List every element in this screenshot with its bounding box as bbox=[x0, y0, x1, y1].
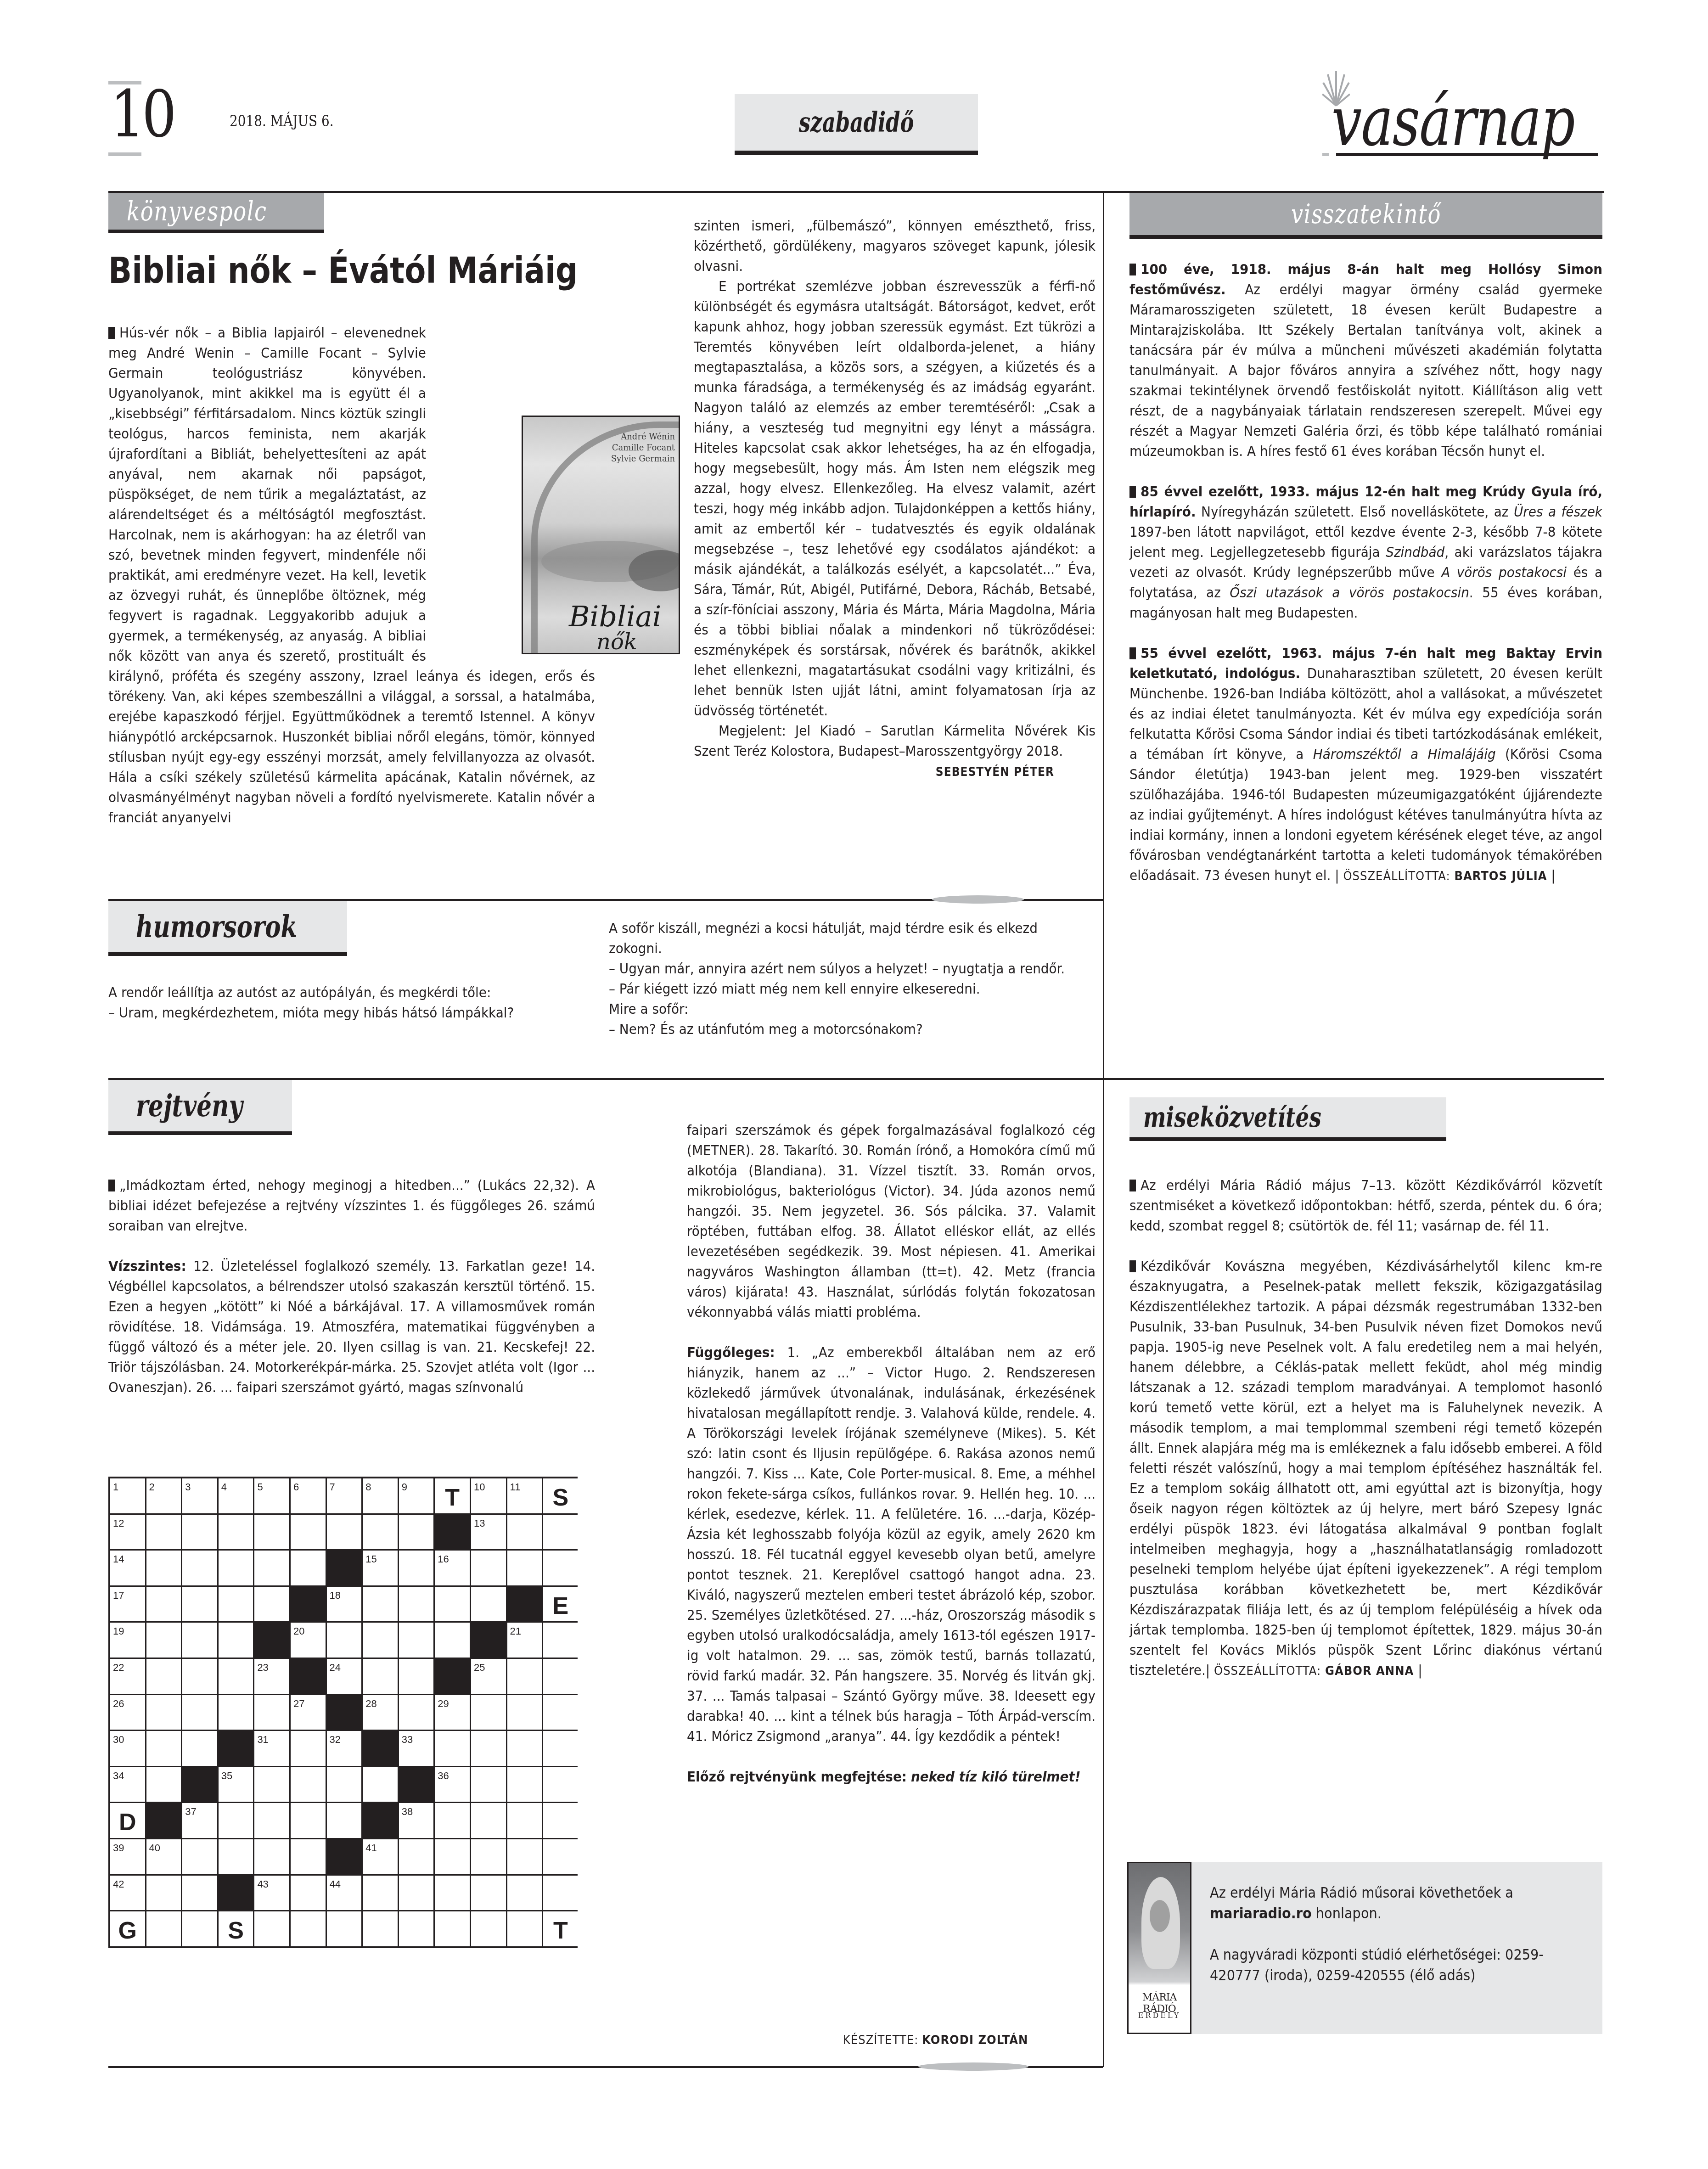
crossword-cell[interactable]: 17 bbox=[110, 1587, 145, 1622]
crossword-cell[interactable]: 29 bbox=[435, 1695, 470, 1730]
crossword-cell[interactable] bbox=[543, 1623, 578, 1658]
given-letter: T bbox=[435, 1484, 470, 1512]
clue-number: 6 bbox=[293, 1481, 299, 1493]
crossword-black-cell bbox=[507, 1587, 542, 1622]
crossword-cell[interactable] bbox=[327, 1515, 362, 1550]
section-label-konyvespolc: könyvespolc bbox=[108, 193, 324, 233]
crossword-cell[interactable] bbox=[182, 1876, 217, 1911]
clue-number: 37 bbox=[185, 1806, 196, 1818]
crossword-cell[interactable]: 26 bbox=[110, 1695, 145, 1730]
crossword-cell[interactable]: 22 bbox=[110, 1659, 145, 1694]
crossword-cell[interactable] bbox=[435, 1623, 470, 1658]
clue-number: 27 bbox=[293, 1698, 304, 1710]
crossword-black-cell bbox=[363, 1803, 398, 1838]
section-label-misekozvetites: miseközvetítés bbox=[1129, 1097, 1446, 1141]
crossword-cell[interactable]: 19 bbox=[110, 1623, 145, 1658]
crossword-cell[interactable]: 5 bbox=[254, 1478, 289, 1513]
clue-number: 12 bbox=[113, 1517, 124, 1529]
clue-number: 9 bbox=[402, 1481, 407, 1493]
crossword-cell[interactable] bbox=[471, 1876, 506, 1911]
humor-right: A sofőr kiszáll, megnézi a kocsi hátuljá… bbox=[609, 918, 1068, 1040]
crossword-cell[interactable]: 25 bbox=[471, 1659, 506, 1694]
crossword-cell[interactable] bbox=[182, 1587, 217, 1622]
crossword-cell[interactable] bbox=[399, 1623, 434, 1658]
history-body: 100 éve, 1918. május 8-án halt meg Holló… bbox=[1129, 259, 1602, 887]
crossword-cell[interactable] bbox=[291, 1803, 326, 1838]
radio-info: Az erdélyi Mária Rádió műsorai követhető… bbox=[1210, 1882, 1591, 1986]
crossword-cell[interactable] bbox=[399, 1587, 434, 1622]
crossword-cell[interactable] bbox=[219, 1587, 253, 1622]
puzzle-credit: KÉSZÍTETTE: KORODI ZOLTÁN bbox=[843, 2033, 1028, 2047]
crossword-black-cell bbox=[471, 1623, 506, 1658]
section-label-humorsorok: humorsorok bbox=[108, 901, 347, 956]
crossword-cell[interactable] bbox=[146, 1911, 181, 1946]
crossword-cell[interactable]: 15 bbox=[363, 1551, 398, 1585]
crossword-cell[interactable] bbox=[291, 1515, 326, 1550]
crossword-cell[interactable] bbox=[182, 1551, 217, 1585]
given-letter: S bbox=[219, 1917, 253, 1944]
crossword-cell[interactable] bbox=[182, 1839, 217, 1874]
paragraph-marker bbox=[1129, 1180, 1136, 1191]
crossword-cell[interactable] bbox=[543, 1695, 578, 1730]
clue-number: 20 bbox=[293, 1625, 304, 1637]
crossword-cell[interactable] bbox=[219, 1551, 253, 1585]
paragraph-marker bbox=[1129, 264, 1136, 275]
crossword-cell[interactable]: 34 bbox=[110, 1767, 145, 1802]
crossword-cell[interactable] bbox=[399, 1515, 434, 1550]
crossword-cell[interactable] bbox=[471, 1731, 506, 1766]
crossword-cell[interactable] bbox=[507, 1515, 542, 1550]
clue-number: 23 bbox=[257, 1662, 268, 1674]
humor-left: A rendőr leállítja az autóst az autópály… bbox=[108, 983, 567, 1023]
crossword-black-cell bbox=[146, 1803, 181, 1838]
section-tab: szabadidő bbox=[735, 94, 978, 155]
clue-number: 7 bbox=[330, 1481, 335, 1493]
maria-radio-logo: MÁRIA RÁDIÓ ERDÉLY bbox=[1127, 1862, 1191, 2034]
crossword-cell[interactable]: 14 bbox=[110, 1551, 145, 1585]
crossword-cell[interactable] bbox=[182, 1623, 217, 1658]
crossword-cell[interactable] bbox=[399, 1659, 434, 1694]
page-number-bar-bottom bbox=[108, 152, 141, 156]
crossword-cell[interactable] bbox=[327, 1623, 362, 1658]
clue-number: 2 bbox=[149, 1481, 155, 1493]
crossword-cell[interactable]: 10 bbox=[471, 1478, 506, 1513]
clue-number: 3 bbox=[185, 1481, 191, 1493]
crossword-cell[interactable] bbox=[543, 1659, 578, 1694]
crossword-cell[interactable]: G bbox=[110, 1911, 145, 1946]
masthead-title: vasárnap bbox=[1332, 87, 1574, 156]
crossword-cell[interactable] bbox=[254, 1587, 289, 1622]
crossword-cell[interactable] bbox=[219, 1839, 253, 1874]
crossword-cell[interactable]: 43 bbox=[254, 1876, 289, 1911]
crossword-cell[interactable] bbox=[543, 1515, 578, 1550]
clue-number: 28 bbox=[365, 1698, 376, 1710]
crossword-cell[interactable]: 36 bbox=[435, 1767, 470, 1802]
clue-number: 38 bbox=[402, 1806, 413, 1818]
crossword-cell[interactable]: 31 bbox=[254, 1731, 289, 1766]
crossword-cell[interactable] bbox=[435, 1731, 470, 1766]
crossword-cell[interactable] bbox=[471, 1767, 506, 1802]
masthead-rule bbox=[1336, 153, 1598, 156]
clue-number: 33 bbox=[402, 1734, 413, 1746]
crossword-cell[interactable]: 28 bbox=[363, 1695, 398, 1730]
clue-number: 16 bbox=[438, 1553, 449, 1565]
masthead-rule-grey bbox=[1322, 153, 1329, 156]
crossword-cell[interactable] bbox=[146, 1876, 181, 1911]
clue-number: 15 bbox=[365, 1553, 376, 1565]
crossword-cell[interactable] bbox=[399, 1551, 434, 1585]
clue-number: 42 bbox=[113, 1878, 124, 1890]
clue-number: 14 bbox=[113, 1553, 124, 1565]
crossword-cell[interactable] bbox=[146, 1695, 181, 1730]
crossword-black-cell bbox=[254, 1623, 289, 1658]
crossword-cell[interactable]: 18 bbox=[327, 1587, 362, 1622]
crossword-cell[interactable] bbox=[363, 1587, 398, 1622]
clue-number: 25 bbox=[474, 1662, 485, 1674]
clue-number: 40 bbox=[149, 1842, 160, 1854]
crossword-cell[interactable] bbox=[254, 1911, 289, 1946]
crossword-cell[interactable]: E bbox=[543, 1587, 578, 1622]
maria-radio-box: MÁRIA RÁDIÓ ERDÉLY Az erdélyi Mária Rádi… bbox=[1127, 1862, 1602, 2034]
crossword-black-cell bbox=[435, 1515, 470, 1550]
crossword-cell[interactable] bbox=[399, 1839, 434, 1874]
crossword-cell[interactable] bbox=[146, 1587, 181, 1622]
crossword-cell[interactable] bbox=[327, 1911, 362, 1946]
crossword-cell[interactable]: 1 bbox=[110, 1478, 145, 1513]
clue-number: 18 bbox=[330, 1590, 341, 1601]
crossword-cell[interactable]: 41 bbox=[363, 1839, 398, 1874]
issue-date: 2018. MÁJUS 6. bbox=[230, 112, 334, 130]
crossword-cell[interactable] bbox=[146, 1623, 181, 1658]
byline: SEBESTYÉN PÉTER bbox=[936, 765, 1054, 779]
crossword-cell[interactable]: 44 bbox=[327, 1876, 362, 1911]
crossword-cell[interactable]: S bbox=[543, 1478, 578, 1513]
crossword-cell[interactable] bbox=[327, 1803, 362, 1838]
crossword-black-cell bbox=[327, 1839, 362, 1874]
crossword-cell[interactable]: 38 bbox=[399, 1803, 434, 1838]
crossword-cell[interactable]: 27 bbox=[291, 1695, 326, 1730]
article-headline: Bibliai nők – Évától Máriáig bbox=[108, 250, 578, 292]
crossword-cell[interactable]: T bbox=[435, 1478, 470, 1513]
crossword-cell[interactable] bbox=[435, 1587, 470, 1622]
given-letter: E bbox=[543, 1592, 578, 1620]
mass-body: Az erdélyi Mária Rádió május 7–13. közöt… bbox=[1129, 1175, 1602, 1681]
crossword-cell[interactable] bbox=[291, 1876, 326, 1911]
crossword-cell[interactable] bbox=[507, 1551, 542, 1585]
byline-oval bbox=[932, 895, 1024, 904]
clue-number: 41 bbox=[365, 1842, 376, 1854]
clue-number: 31 bbox=[257, 1734, 268, 1746]
credit-oval bbox=[918, 2062, 1028, 2071]
crossword-black-cell bbox=[182, 1767, 217, 1802]
crossword-cell[interactable]: 21 bbox=[507, 1623, 542, 1658]
crossword-cell[interactable]: 16 bbox=[435, 1551, 470, 1585]
crossword-cell[interactable]: 39 bbox=[110, 1839, 145, 1874]
crossword-cell[interactable] bbox=[219, 1695, 253, 1730]
crossword-black-cell bbox=[327, 1695, 362, 1730]
crossword-cell[interactable] bbox=[399, 1876, 434, 1911]
crossword-cell[interactable] bbox=[507, 1731, 542, 1766]
crossword-cell[interactable]: 32 bbox=[327, 1731, 362, 1766]
clue-number: 19 bbox=[113, 1625, 124, 1637]
clue-number: 32 bbox=[330, 1734, 341, 1746]
crossword-black-cell bbox=[219, 1731, 253, 1766]
puzzle-rule bbox=[108, 1078, 1604, 1080]
crossword-cell[interactable]: 20 bbox=[291, 1623, 326, 1658]
crossword-cell[interactable]: 6 bbox=[291, 1478, 326, 1513]
paragraph-marker bbox=[108, 327, 115, 339]
crossword-cell[interactable] bbox=[146, 1767, 181, 1802]
crossword-cell[interactable] bbox=[507, 1659, 542, 1694]
crossword-cell[interactable] bbox=[435, 1839, 470, 1874]
crossword-cell[interactable]: 9 bbox=[399, 1478, 434, 1513]
paragraph-marker bbox=[1129, 486, 1136, 498]
crossword-cell[interactable]: 3 bbox=[182, 1478, 217, 1513]
crossword-cell[interactable]: 8 bbox=[363, 1478, 398, 1513]
clue-number: 17 bbox=[113, 1590, 124, 1601]
clue-number: 21 bbox=[510, 1625, 521, 1637]
section-label-rejtveny: rejtvény bbox=[108, 1080, 292, 1135]
crossword-cell[interactable] bbox=[254, 1767, 289, 1802]
crossword-black-cell bbox=[219, 1876, 253, 1911]
crossword-cell[interactable] bbox=[543, 1876, 578, 1911]
crossword-black-cell bbox=[363, 1731, 398, 1766]
crossword-black-cell bbox=[291, 1587, 326, 1622]
cover-float-mid bbox=[609, 399, 694, 826]
crossword-cell[interactable] bbox=[471, 1911, 506, 1946]
crossword-cell[interactable] bbox=[471, 1839, 506, 1874]
clue-number: 10 bbox=[474, 1481, 485, 1493]
crossword-cell[interactable]: 13 bbox=[471, 1515, 506, 1550]
clue-number: 26 bbox=[113, 1698, 124, 1710]
crossword-cell[interactable] bbox=[543, 1839, 578, 1874]
crossword-cell[interactable] bbox=[146, 1731, 181, 1766]
crossword-cell[interactable] bbox=[254, 1551, 289, 1585]
credit-label: ÖSSZEÁLLÍTOTTA: bbox=[1343, 869, 1450, 883]
clue-number: 22 bbox=[113, 1662, 124, 1674]
crossword-cell[interactable] bbox=[507, 1767, 542, 1802]
credit-name: BARTOS JÚLIA bbox=[1454, 869, 1547, 883]
crossword-cell[interactable] bbox=[363, 1515, 398, 1550]
crossword-cell[interactable] bbox=[182, 1515, 217, 1550]
crossword-cell[interactable] bbox=[291, 1731, 326, 1766]
crossword-cell[interactable]: S bbox=[219, 1911, 253, 1946]
clue-number: 36 bbox=[438, 1770, 449, 1782]
crossword-cell[interactable] bbox=[363, 1911, 398, 1946]
crossword-cell[interactable] bbox=[291, 1839, 326, 1874]
crossword-cell[interactable] bbox=[182, 1911, 217, 1946]
crossword-cell[interactable] bbox=[291, 1551, 326, 1585]
crossword-cell[interactable] bbox=[291, 1767, 326, 1802]
crossword-cell[interactable] bbox=[182, 1695, 217, 1730]
crossword-black-cell bbox=[399, 1767, 434, 1802]
crossword-cell[interactable] bbox=[363, 1767, 398, 1802]
website-link[interactable]: mariaradio.ro bbox=[1210, 1905, 1312, 1922]
crossword-cell[interactable] bbox=[507, 1839, 542, 1874]
crossword-cell[interactable] bbox=[471, 1587, 506, 1622]
clue-number: 11 bbox=[510, 1481, 521, 1493]
crossword-cell[interactable] bbox=[219, 1803, 253, 1838]
crossword-cell[interactable] bbox=[182, 1659, 217, 1694]
paragraph-marker bbox=[1129, 1260, 1136, 1272]
puzzle-col1: „Imádkoztam érted, nehogy meginogj a hit… bbox=[108, 1175, 595, 1398]
crossword-black-cell bbox=[435, 1659, 470, 1694]
crossword-cell[interactable] bbox=[543, 1767, 578, 1802]
section-label-visszatekinto: visszatekintő bbox=[1129, 193, 1602, 239]
crossword-cell[interactable]: D bbox=[110, 1803, 145, 1838]
crossword-cell[interactable] bbox=[435, 1876, 470, 1911]
page-number: 10 bbox=[110, 83, 174, 147]
paragraph-marker bbox=[108, 1180, 115, 1191]
crossword-cell[interactable]: 11 bbox=[507, 1478, 542, 1513]
crossword-grid[interactable]: 123456789T1011S12131415161718E1920212223… bbox=[108, 1477, 578, 1948]
crossword-cell[interactable] bbox=[543, 1803, 578, 1838]
crossword-cell[interactable] bbox=[291, 1911, 326, 1946]
crossword-cell[interactable]: 24 bbox=[327, 1659, 362, 1694]
crossword-cell[interactable] bbox=[435, 1911, 470, 1946]
given-letter: T bbox=[543, 1917, 578, 1944]
crossword-cell[interactable] bbox=[471, 1695, 506, 1730]
crossword-cell[interactable] bbox=[399, 1911, 434, 1946]
crossword-cell[interactable]: 23 bbox=[254, 1659, 289, 1694]
clue-number: 29 bbox=[438, 1698, 449, 1710]
clue-number: 39 bbox=[113, 1842, 124, 1854]
crossword-cell[interactable] bbox=[254, 1803, 289, 1838]
crossword-cell[interactable] bbox=[363, 1659, 398, 1694]
crossword-cell[interactable] bbox=[146, 1659, 181, 1694]
crossword-black-cell bbox=[327, 1551, 362, 1585]
column-divider-right bbox=[1103, 191, 1104, 2067]
crossword-cell[interactable] bbox=[363, 1876, 398, 1911]
crossword-cell[interactable] bbox=[146, 1551, 181, 1585]
crossword-cell[interactable] bbox=[399, 1695, 434, 1730]
crossword-cell[interactable] bbox=[254, 1839, 289, 1874]
clue-number: 13 bbox=[474, 1517, 485, 1529]
clue-number: 4 bbox=[221, 1481, 227, 1493]
clue-number: 8 bbox=[365, 1481, 371, 1493]
grid-float bbox=[609, 1478, 687, 1938]
clue-number: 34 bbox=[113, 1770, 124, 1782]
clue-number: 5 bbox=[257, 1481, 263, 1493]
crossword-cell[interactable] bbox=[219, 1623, 253, 1658]
clue-number: 24 bbox=[330, 1662, 341, 1674]
masthead-logo: vasárnap bbox=[1322, 83, 1607, 161]
crossword-cell[interactable] bbox=[219, 1659, 253, 1694]
crossword-cell[interactable] bbox=[254, 1695, 289, 1730]
crossword-cell[interactable]: 35 bbox=[219, 1767, 253, 1802]
crossword-cell[interactable]: 4 bbox=[219, 1478, 253, 1513]
crossword-cell[interactable]: 7 bbox=[327, 1478, 362, 1513]
crossword-cell[interactable] bbox=[363, 1623, 398, 1658]
given-letter: D bbox=[110, 1809, 145, 1836]
crossword-cell[interactable] bbox=[543, 1551, 578, 1585]
crossword-cell[interactable] bbox=[507, 1695, 542, 1730]
crossword-cell[interactable]: 12 bbox=[110, 1515, 145, 1550]
crossword-cell[interactable]: T bbox=[543, 1911, 578, 1946]
clue-number: 30 bbox=[113, 1734, 124, 1746]
crossword-black-cell bbox=[291, 1659, 326, 1694]
given-letter: G bbox=[110, 1917, 145, 1944]
given-letter: S bbox=[543, 1484, 578, 1512]
crossword-cell[interactable]: 33 bbox=[399, 1731, 434, 1766]
crossword-cell[interactable] bbox=[182, 1731, 217, 1766]
crossword-cell[interactable]: 42 bbox=[110, 1876, 145, 1911]
crossword-cell[interactable] bbox=[219, 1515, 253, 1550]
crossword-cell[interactable]: 37 bbox=[182, 1803, 217, 1838]
crossword-cell[interactable] bbox=[507, 1803, 542, 1838]
crossword-cell[interactable]: 2 bbox=[146, 1478, 181, 1513]
crossword-cell[interactable] bbox=[471, 1551, 506, 1585]
article-body-col2: szinten ismeri, „fülbemászó”, könnyen em… bbox=[609, 216, 1096, 891]
crossword-cell[interactable] bbox=[471, 1803, 506, 1838]
crossword-cell[interactable] bbox=[327, 1767, 362, 1802]
section-tab-label: szabadidő bbox=[799, 107, 914, 139]
crossword-cell[interactable] bbox=[543, 1731, 578, 1766]
crossword-cell[interactable] bbox=[507, 1876, 542, 1911]
puzzle-col2: faipari szerszámok és gépek forgalmazásá… bbox=[609, 1120, 1096, 2011]
crossword-cell[interactable] bbox=[435, 1803, 470, 1838]
clue-number: 43 bbox=[257, 1878, 268, 1890]
clue-number: 44 bbox=[330, 1878, 341, 1890]
clue-number: 35 bbox=[221, 1770, 232, 1782]
crossword-cell[interactable]: 40 bbox=[146, 1839, 181, 1874]
crossword-cell[interactable] bbox=[254, 1515, 289, 1550]
crossword-cell[interactable]: 30 bbox=[110, 1731, 145, 1766]
clue-number: 1 bbox=[113, 1481, 118, 1493]
crossword-cell[interactable] bbox=[507, 1911, 542, 1946]
crossword-cell[interactable] bbox=[146, 1515, 181, 1550]
paragraph-marker bbox=[1129, 647, 1136, 659]
